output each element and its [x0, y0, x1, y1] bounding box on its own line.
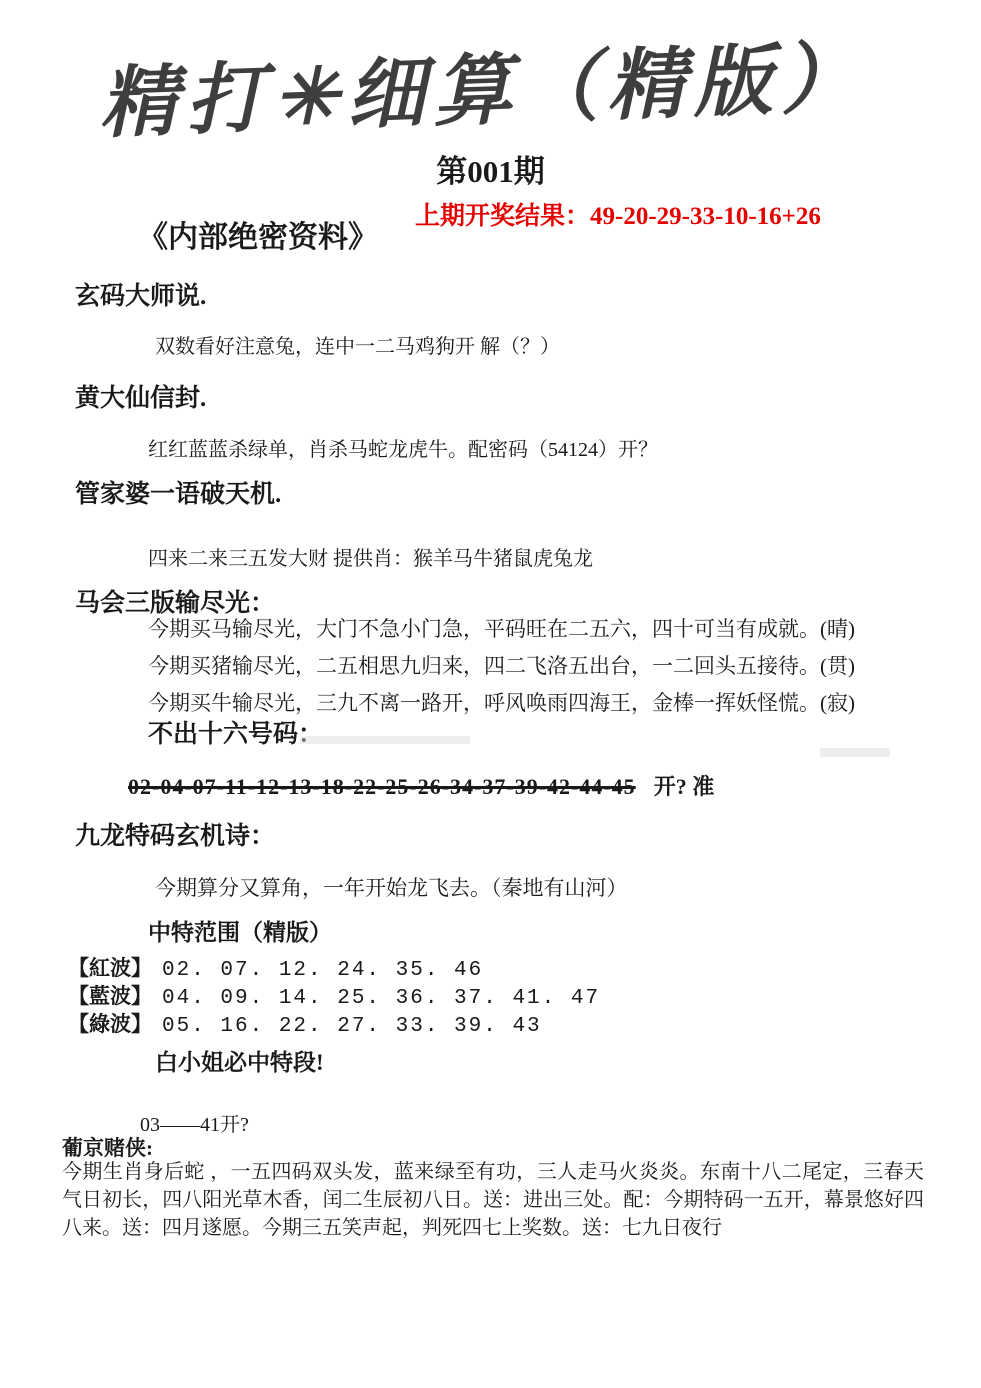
pujing-body: 今期生肖身后蛇 ，一五四码双头发，蓝来绿至有功，三人走马火炎炎。东南十八二尾定，… [62, 1158, 924, 1242]
scan-smudge [820, 748, 890, 757]
sixteen-numbers-struck: 02-04-07-11-12-13-18-22-25-26-34-37-39-4… [128, 774, 636, 799]
shujinguang-line-1: 今期买马输尽光，大门不急小门急，平码旺在二五六，四十可当有成就。(晴) [148, 613, 855, 643]
last-draw-result: 上期开奖结果：49-20-29-33-10-16+26 [415, 196, 821, 232]
sixteen-numbers-heading: 不出十六号码： [148, 714, 323, 750]
green-wave-row: 【綠波】05. 16. 22. 27. 33. 39. 43 [68, 1008, 542, 1038]
red-wave-row: 【紅波】02. 07. 12. 24. 35. 46 [68, 952, 483, 982]
envelope-heading: 黄大仙信封. [75, 378, 206, 414]
red-wave-label: 【紅波】 [68, 956, 152, 980]
scan-smudge [300, 736, 470, 744]
sixteen-numbers-row: 02-04-07-11-12-13-18-22-25-26-34-37-39-4… [128, 770, 714, 801]
blue-wave-numbers: 04. 09. 14. 25. 36. 37. 41. 47 [162, 987, 600, 1010]
masthead-logo: 精打✳细算（精版） [95, 15, 887, 154]
baixiaojie-heading: 白小姐必中特段! [155, 1044, 324, 1077]
master-says-body: 双数看好注意兔，连中一二马鸡狗开 解（？） [155, 330, 560, 359]
sixteen-numbers-verdict: 开? 准 [654, 774, 715, 799]
baixiaojie-range: 03——41开? [140, 1108, 249, 1137]
secret-material-title: 《内部绝密资料》 [138, 212, 378, 256]
housekeeper-heading: 管家婆一语破天机. [75, 474, 281, 510]
zhongte-heading: 中特范围（精版） [148, 914, 332, 947]
tip-sheet-page: 精打✳细算（精版） 第001期 上期开奖结果：49-20-29-33-10-16… [0, 0, 981, 1388]
blue-wave-label: 【藍波】 [68, 984, 152, 1008]
last-draw-result-label: 上期开奖结果： [415, 203, 590, 230]
issue-number: 第001期 [0, 146, 981, 191]
housekeeper-body: 四来二来三五发大财 提供肖：猴羊马牛猪鼠虎兔龙 [148, 542, 593, 571]
shujinguang-line-3: 今期买牛输尽光，三九不离一路开，呼风唤雨四海王，金棒一挥妖怪慌。(寂) [148, 687, 855, 717]
green-wave-numbers: 05. 16. 22. 27. 33. 39. 43 [162, 1015, 542, 1038]
shujinguang-line-2: 今期买猪输尽光，二五相思九归来，四二飞洛五出台，一二回头五接待。(贯) [148, 650, 855, 680]
jiulong-heading: 九龙特码玄机诗： [75, 816, 275, 852]
envelope-body: 红红蓝蓝杀绿单，肖杀马蛇龙虎牛。配密码（54124）开？ [148, 433, 658, 462]
green-wave-label: 【綠波】 [68, 1012, 152, 1036]
master-says-heading: 玄码大师说. [75, 276, 206, 312]
last-draw-result-numbers: 49-20-29-33-10-16+26 [590, 203, 821, 230]
blue-wave-row: 【藍波】04. 09. 14. 25. 36. 37. 41. 47 [68, 980, 600, 1010]
jiulong-body: 今期算分又算角，一年开始龙飞去。（秦地有山河） [155, 872, 628, 902]
red-wave-numbers: 02. 07. 12. 24. 35. 46 [162, 959, 483, 982]
